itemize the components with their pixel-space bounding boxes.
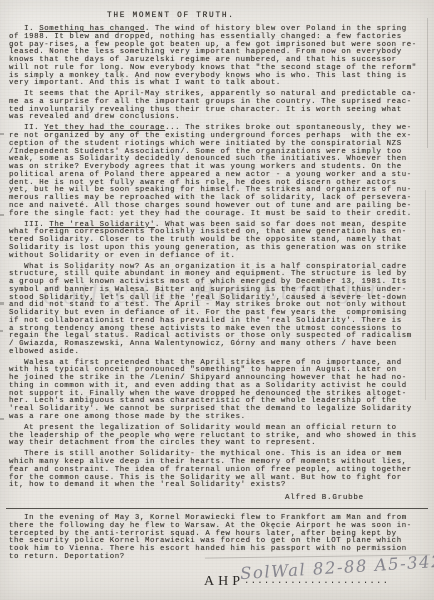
ahp-stamp: AHP xyxy=(204,574,244,589)
scanned-document-page: Collection Hist Etranger THE MOMENT OF T… xyxy=(0,0,434,600)
document-body: THE MOMENT OF TRUTH. I. Something has ch… xyxy=(9,12,426,565)
scan-artifact xyxy=(0,330,3,332)
paragraph-text: ... The strikes broke out spontaneously,… xyxy=(9,124,412,217)
paragraph-walesa: Walesa at first pretended that the April… xyxy=(9,360,426,422)
paragraph-text: It seems that the April-May strikes, app… xyxy=(9,90,417,121)
paragraph-legalization: At present the legalization of Solidarit… xyxy=(9,425,426,448)
paragraph-section-3: III. The 'real Solidarity'. What was bee… xyxy=(9,222,426,261)
paragraph-text: . The wind of history blew over Poland i… xyxy=(9,25,417,87)
paragraph-section-1: I. Something has changed. The wind of hi… xyxy=(9,26,426,88)
scan-artifact xyxy=(0,418,4,420)
paragraph-text: There is still another Solidarity- the m… xyxy=(9,450,412,489)
document-title: THE MOMENT OF TRUTH. xyxy=(9,12,426,20)
paragraph-mythical-solidarity: There is still another Solidarity- the m… xyxy=(9,451,426,490)
scan-artifact xyxy=(425,190,426,400)
scan-artifact xyxy=(0,133,4,135)
paragraph-text: Walesa at first pretended that the April… xyxy=(9,359,412,421)
scan-artifact xyxy=(0,214,4,216)
scan-artifact xyxy=(427,18,429,148)
paragraph-text: At present the legalization of Solidarit… xyxy=(9,424,417,448)
paragraph-section-3b: What is Solidarity now? As an organizati… xyxy=(9,264,426,357)
paragraph-section-2: II. Yet they had the courage... The stri… xyxy=(9,125,426,218)
paragraph-section-1b: It seems that the April-May strikes, app… xyxy=(9,91,426,122)
section-divider xyxy=(6,508,428,509)
author-signature: Alfred B.Grubbe xyxy=(285,494,426,502)
paragraph-text: What is Solidarity now? As an organizati… xyxy=(9,263,412,356)
scan-artifact xyxy=(0,302,4,305)
